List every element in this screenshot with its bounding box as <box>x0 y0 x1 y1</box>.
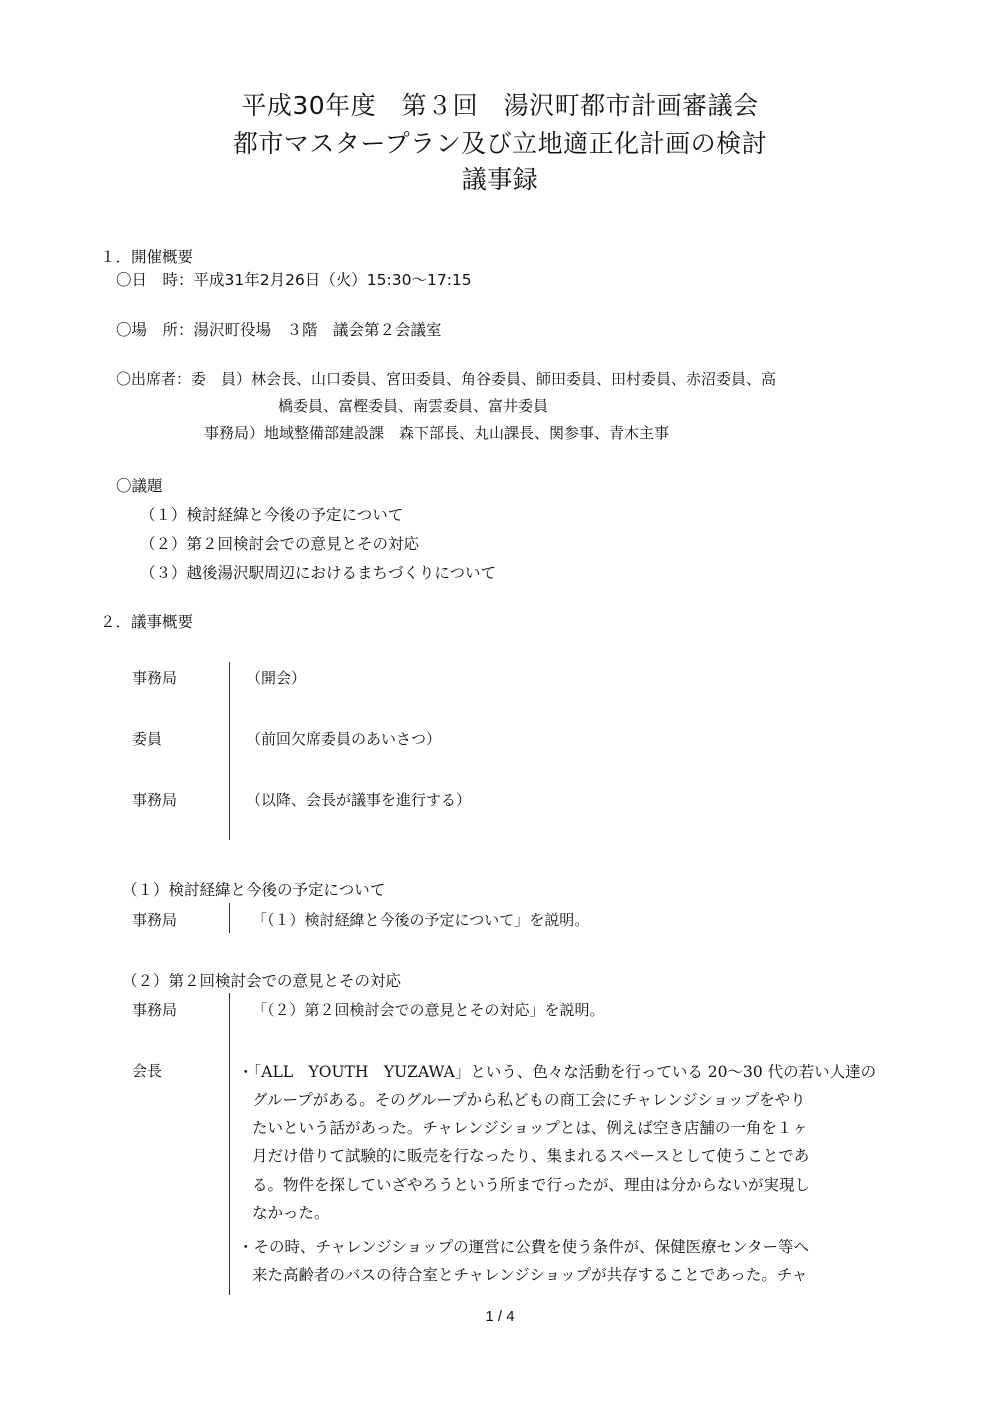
attendees-secretariat: 事務局）地域整備部建設課 森下部長、丸山課長、関参事、青木主事 <box>204 422 669 443</box>
chair-remark-line: ・「ALL YOUTH YUZAWA」という、色々な活動を行っている 20～30… <box>238 1060 876 1082</box>
chair-remark-line: 月だけ借りて試験的に販売を行なったり、集まれるスペースとして使うことであ <box>252 1144 809 1166</box>
speaker-label: 事務局 <box>132 789 177 810</box>
chair-remark-line: たいという話があった。チャレンジショップとは、例えば空き店舗の一角を１ヶ <box>252 1116 808 1138</box>
chair-remark-line: る。物件を探していざやろうという所まで行ったが、理由は分からないが実現し <box>252 1173 810 1195</box>
agenda-item-2: （２）第２回検討会での意見とその対応 <box>140 532 419 554</box>
speaker-divider-line <box>229 993 230 1295</box>
attendees-committee-cont: 橋委員、富樫委員、南雲委員、富井委員 <box>278 395 548 416</box>
speech-text: （開会） <box>246 667 306 688</box>
chair-remark-line: グループがある。そのグループから私どもの商工会にチャレンジショップをやり <box>252 1088 806 1110</box>
speaker-label: 委員 <box>132 728 162 749</box>
speaker-label-chair: 会長 <box>132 1060 162 1081</box>
subsection2-heading: （２）第２回検討会での意見とその対応 <box>122 969 401 991</box>
section1-heading: １．開催概要 <box>100 245 193 267</box>
speaker-divider-line <box>229 903 230 933</box>
speech-text: （前回欠席委員のあいさつ） <box>246 728 441 749</box>
speaker-divider-line <box>229 662 230 840</box>
meeting-place: 〇場 所：湯沢町役場 ３階 議会第２会議室 <box>116 318 442 340</box>
speech-text: 「（１）検討経緯と今後の予定について」を説明。 <box>252 909 589 930</box>
agenda-item-3: （３）越後湯沢駅周辺におけるまちづくりについて <box>140 561 496 583</box>
section2-heading: ２．議事概要 <box>100 610 193 632</box>
document-title-line2: 都市マスタープラン及び立地適正化計画の検討 <box>0 124 1000 160</box>
document-title-line3: 議事録 <box>0 160 1000 196</box>
speaker-label: 事務局 <box>132 667 177 688</box>
speaker-label: 事務局 <box>132 999 177 1020</box>
meeting-datetime: 〇日 時：平成31年2月26日（火）15:30～17:15 <box>116 268 472 290</box>
attendees-committee: 〇出席者：委 員）林会長、山口委員、宮田委員、角谷委員、師田委員、田村委員、赤沼… <box>116 368 776 389</box>
subsection1-heading: （１）検討経緯と今後の予定について <box>122 878 385 900</box>
chair-remark-line: ・その時、チャレンジショップの運営に公費を使う条件が、保健医療センター等へ <box>238 1235 809 1257</box>
speech-text: 「（２）第２回検討会での意見とその対応」を説明。 <box>252 999 605 1020</box>
chair-remark-line: なかった。 <box>252 1201 330 1223</box>
agenda-label: 〇議題 <box>116 474 163 496</box>
chair-remark-line: 来た高齢者のバスの待合室とチャレンジショップが共存することであった。チャ <box>252 1263 807 1285</box>
speaker-label: 事務局 <box>132 909 177 930</box>
document-title-line1: 平成30年度 第３回 湯沢町都市計画審議会 <box>0 86 1000 122</box>
speech-text: （以降、会長が議事を進行する） <box>246 789 471 810</box>
page-number: 1 / 4 <box>0 1308 1000 1325</box>
agenda-item-1: （１）検討経緯と今後の予定について <box>140 503 403 525</box>
